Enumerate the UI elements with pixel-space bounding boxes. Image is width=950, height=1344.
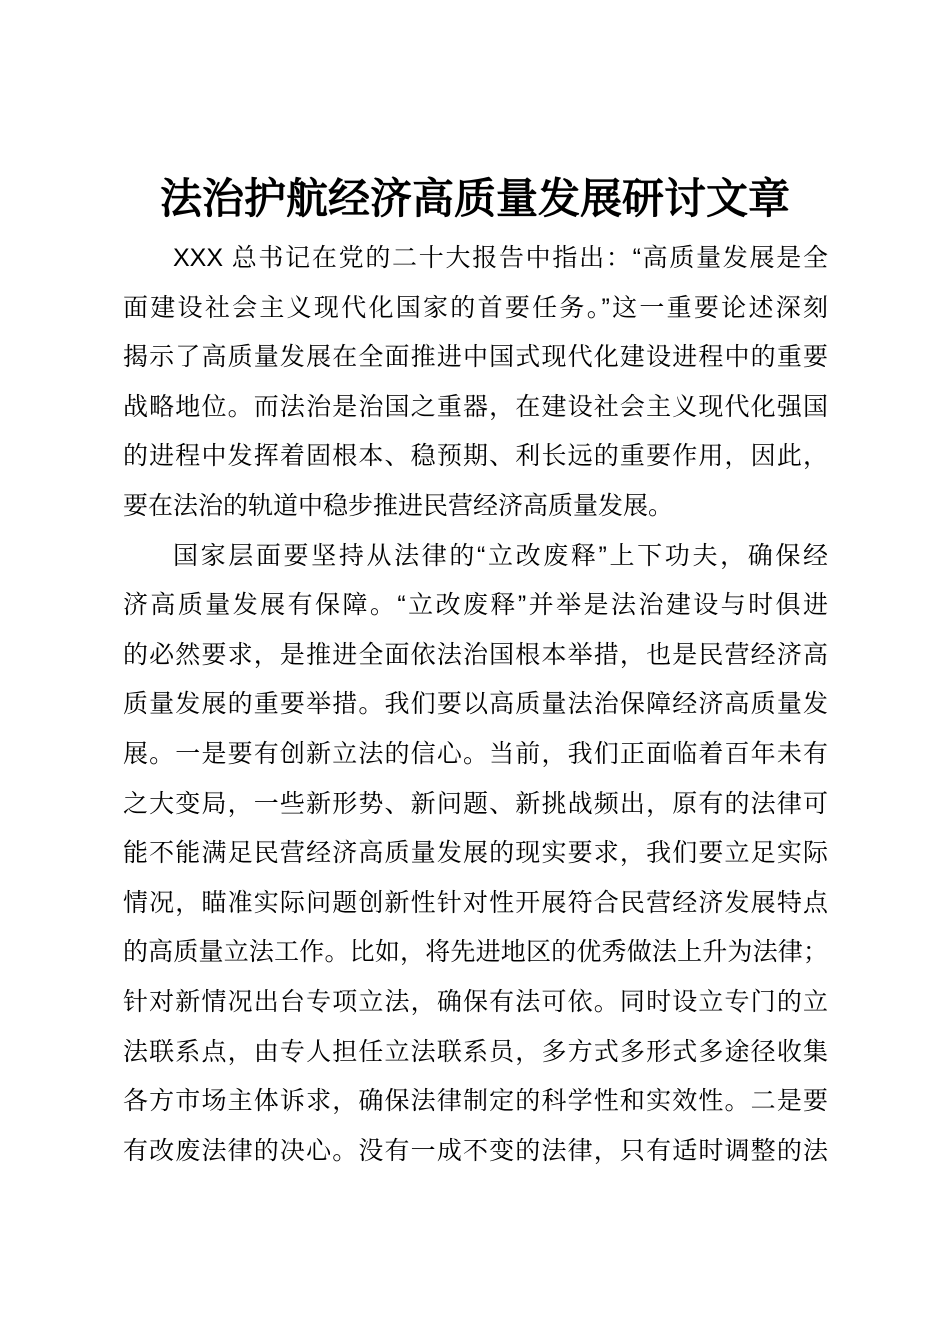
text-line: 针对新情况出台专项立法，确保有法可依。同时设立专门的立 (123, 978, 828, 1028)
paragraph-1: XXX 总书记在党的二十大报告中指出：“高质量发展是全 面建设社会主义现代化国家… (123, 234, 828, 532)
document-page: 法治护航经济高质量发展研讨文章 XXX 总书记在党的二十大报告中指出：“高质量发… (0, 0, 950, 1344)
text-line: 战略地位。而法治是治国之重器，在建设社会主义现代化强国 (123, 383, 828, 433)
text-line: 之大变局，一些新形势、新问题、新挑战频出，原有的法律可 (123, 780, 828, 830)
document-title: 法治护航经济高质量发展研讨文章 (0, 172, 950, 228)
text-line: 有改废法律的决心。没有一成不变的法律，只有适时调整的法 (123, 1127, 828, 1177)
text-line: 质量发展的重要举措。我们要以高质量法治保障经济高质量发 (123, 680, 828, 730)
paragraph-2: 国家层面要坚持从法律的“立改废释”上下功夫，确保经 济高质量发展有保障。“立改废… (123, 532, 828, 1177)
text-line: 济高质量发展有保障。“立改废释”并举是法治建设与时俱进 (123, 581, 828, 631)
text-line: 揭示了高质量发展在全面推进中国式现代化建设进程中的重要 (123, 333, 828, 383)
text-line: 展。一是要有创新立法的信心。当前，我们正面临着百年未有 (123, 730, 828, 780)
text-line: 能不能满足民营经济高质量发展的现实要求，我们要立足实际 (123, 829, 828, 879)
text-line: 情况，瞄准实际问题创新性针对性开展符合民营经济发展特点 (123, 879, 828, 929)
document-body: XXX 总书记在党的二十大报告中指出：“高质量发展是全 面建设社会主义现代化国家… (123, 234, 828, 1176)
text-line: 国家层面要坚持从法律的“立改废释”上下功夫，确保经 (123, 532, 828, 582)
text-line: 法联系点，由专人担任立法联系员，多方式多形式多途径收集 (123, 1028, 828, 1078)
text-line: 要在法治的轨道中稳步推进民营经济高质量发展。 (123, 482, 828, 532)
text-line: 的高质量立法工作。比如，将先进地区的优秀做法上升为法律； (123, 928, 828, 978)
text-line: XXX 总书记在党的二十大报告中指出：“高质量发展是全 (123, 234, 828, 284)
text-line: 的进程中发挥着固根本、稳预期、利长远的重要作用，因此， (123, 432, 828, 482)
text-line: 各方市场主体诉求，确保法律制定的科学性和实效性。二是要 (123, 1077, 828, 1127)
text-line: 的必然要求，是推进全面依法治国根本举措，也是民营经济高 (123, 631, 828, 681)
text-line: 面建设社会主义现代化国家的首要任务。”这一重要论述深刻 (123, 284, 828, 334)
